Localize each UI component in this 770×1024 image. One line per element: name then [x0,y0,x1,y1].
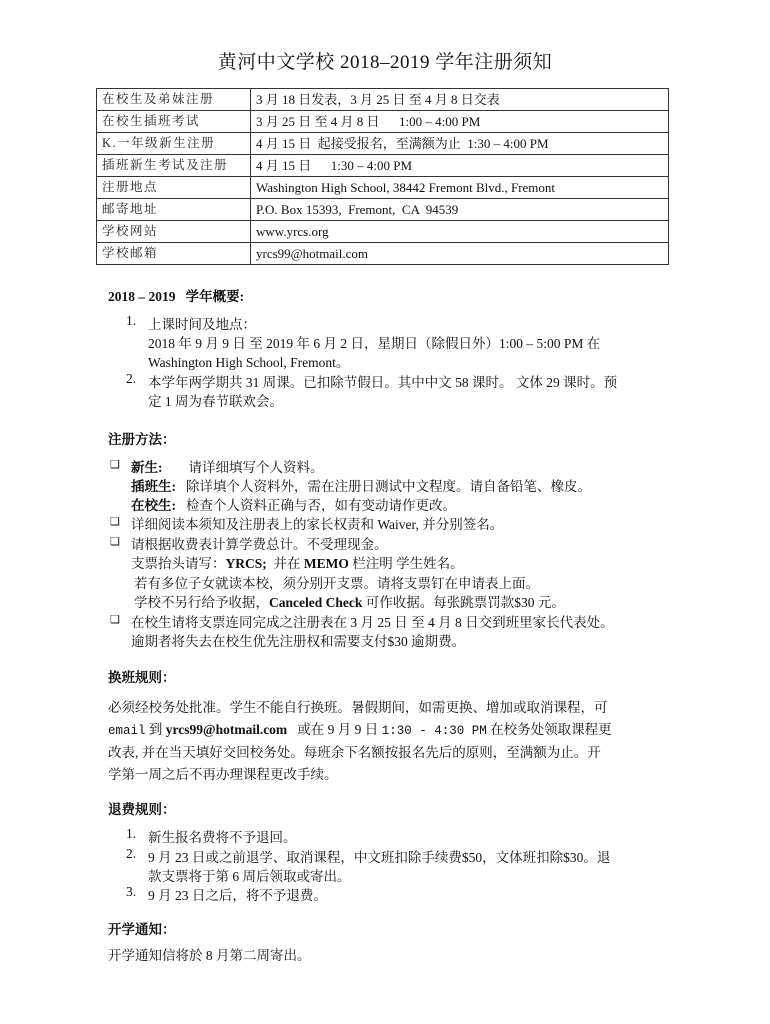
class-change-heading: 换班规则： [108,666,176,686]
row-label: 插班新生考试及注册 [97,155,251,177]
email-link[interactable]: yrcs99@hotmail.com [251,243,669,265]
class-change-text: email 到 yrcs99@hotmail.com 或在 9 月 9 日 1:… [108,718,612,738]
list-item: 上课时间及地点： [148,313,256,333]
time-range: 1:30 - 4:30 PM [382,724,487,738]
list-item-continued: 款支票将于第 6 周后领取或寄出。 [148,865,351,885]
text: 支票抬头请写： [131,556,226,571]
list-number: 3. [126,884,136,900]
row-label: K.一年级新生注册 [97,133,251,155]
late-fee-line: 逾期者将失去在校生优先注册权和需要支付$30 逾期费。 [131,630,465,650]
row-value: 4 月 15 日 1:30 – 4:00 PM [251,155,669,177]
checkbox-bullet-icon: ❑ [110,458,120,471]
canceled-check-label: Canceled Check [269,595,362,610]
list-item-continued: 定 1 周为春节联欢会。 [148,390,283,410]
opening-text: 开学通知信将於 8 月第二周寄出。 [108,944,311,964]
new-student-label: 新生: [131,460,163,475]
check-payee-line: 支票抬头请写：YRCS; 并在 MEMO 栏注明 学生姓名。 [131,552,464,572]
row-value: 3 月 25 日 至 4 月 8 日 1:00 – 4:00 PM [251,111,669,133]
text: 栏注明 学生姓名。 [349,556,464,571]
waiver-line: 详细阅读本须知及注册表上的家长权责和 Waiver, 并分别签名。 [131,513,503,533]
row-value: 4 月 15 日 起接受报名，至满额为止 1:30 – 4:00 PM [251,133,669,155]
class-change-text: 改表, 并在当天填好交回校务处。每班余下名额按报名先后的原则，至满额为止。开 [108,741,601,761]
row-value: Washington High School, 38442 Fremont Bl… [251,177,669,199]
refund-heading: 退费规则： [108,798,176,818]
memo-label: MEMO [304,556,349,571]
new-student-line: 新生:请详细填写个人资料。 [131,456,324,476]
receipt-line: 学校不另行给予收据，Canceled Check 可作收据。每张跳票罚款$30 … [134,591,565,611]
list-number: 2. [126,846,136,862]
current-student-line: 在校生:检查个人资料正确与否，如有变动请作更改。 [131,494,456,514]
transfer-student-label: 插班生: [131,479,176,494]
text: email [108,724,146,738]
list-item-continued: 2018 年 9 月 9 日 至 2019 年 6 月 2 日，星期日（除假日外… [148,332,600,352]
list-item-continued: Washington High School, Fremont。 [148,351,349,371]
current-student-text: 检查个人资料正确与否，如有变动请作更改。 [186,498,456,513]
checkbox-bullet-icon: ❑ [110,613,120,626]
row-label: 邮寄地址 [97,199,251,221]
text: 可作收据。每张跳票罚款$30 元。 [362,595,565,610]
multiple-children-line: 若有多位子女就读本校，须分别开支票。请将支票钉在申请表上面。 [134,572,539,592]
list-number: 1. [126,826,136,842]
text: 在校务处领取课程更 [487,722,612,737]
overview-heading: 2018 – 2019 学年概要: [108,285,244,305]
checkbox-bullet-icon: ❑ [110,515,120,528]
opening-heading: 开学通知： [108,918,176,938]
table-row: 学校网站www.yrcs.org [97,221,669,243]
email-link[interactable]: yrcs99@hotmail.com [166,722,287,737]
text: 学校不另行给予收据， [134,595,269,610]
page-title: 黄河中文学校 2018–2019 学年注册须知 [0,47,770,74]
payee-name: YRCS; [226,556,267,571]
table-row: 邮寄地址P.O. Box 15393, Fremont, CA 94539 [97,199,669,221]
row-label: 学校邮箱 [97,243,251,265]
list-number: 2. [126,371,136,387]
row-label: 学校网站 [97,221,251,243]
text: 并在 [267,556,304,571]
registration-heading: 注册方法： [108,428,176,448]
registration-info-table: 在校生及弟妹注册3 月 18 日发表，3 月 25 日 至 4 月 8 日交表 … [96,88,669,265]
table-row: 在校生及弟妹注册3 月 18 日发表，3 月 25 日 至 4 月 8 日交表 [97,89,669,111]
list-item: 9 月 23 日之后，将不予退费。 [148,884,327,904]
list-number: 1. [126,313,136,329]
current-student-label: 在校生: [131,498,176,513]
website-link[interactable]: www.yrcs.org [251,221,669,243]
transfer-student-line: 插班生:除详填个人资料外，需在注册日测试中文程度。请自备铅笔、橡皮。 [131,475,591,495]
table-row: K.一年级新生注册4 月 15 日 起接受报名，至满额为止 1:30 – 4:0… [97,133,669,155]
class-change-text: 学第一周之后不再办理课程更改手续。 [108,763,338,783]
row-label: 在校生插班考试 [97,111,251,133]
table-row: 插班新生考试及注册4 月 15 日 1:30 – 4:00 PM [97,155,669,177]
row-label: 在校生及弟妹注册 [97,89,251,111]
fee-line: 请根据收费表计算学费总计。不受理现金。 [131,533,388,553]
transfer-student-text: 除详填个人资料外，需在注册日测试中文程度。请自备铅笔、橡皮。 [186,479,591,494]
table-row: 学校邮箱yrcs99@hotmail.com [97,243,669,265]
new-student-text: 请详细填写个人资料。 [189,460,324,475]
deadline-line: 在校生请将支票连同完成之注册表在 3 月 25 日 至 4 月 8 日交到班里家… [131,611,614,631]
row-label: 注册地点 [97,177,251,199]
checkbox-bullet-icon: ❑ [110,535,120,548]
list-item: 9 月 23 日或之前退学、取消课程，中文班扣除手续费$50，文体班扣除$30。… [148,846,610,866]
list-item: 新生报名费将不予退回。 [148,826,297,846]
row-value: P.O. Box 15393, Fremont, CA 94539 [251,199,669,221]
table-row: 注册地点Washington High School, 38442 Fremon… [97,177,669,199]
table-row: 在校生插班考试3 月 25 日 至 4 月 8 日 1:00 – 4:00 PM [97,111,669,133]
row-value: 3 月 18 日发表，3 月 25 日 至 4 月 8 日交表 [251,89,669,111]
text: 到 [146,722,166,737]
text: 或在 9 月 9 日 [287,722,382,737]
list-item: 本学年两学期共 31 周课。已扣除节假日。其中中文 58 课时。 文体 29 课… [148,371,617,391]
class-change-text: 必须经校务处批准。学生不能自行换班。暑假期间，如需更换、增加或取消课程，可 [108,696,608,716]
